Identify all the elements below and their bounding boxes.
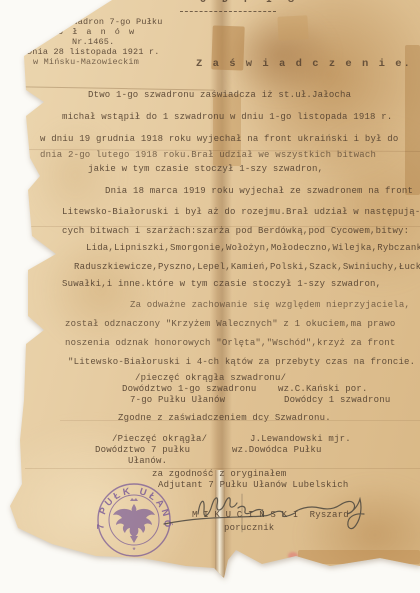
document-title: Z a ś w i a d c z e n i e.: [196, 58, 412, 70]
body-line: "Litewsko-Białoruski i 4-ch kątów za prz…: [68, 357, 415, 367]
body-line: cych bitwach i szarżach:szarża pod Berdó…: [62, 226, 409, 236]
body-line: Litewsko-Białoruski i był aż do rozejmu.…: [62, 207, 420, 217]
letterhead-unit: 1-szy szwadron 7-go Pułku: [30, 17, 163, 27]
body-line: dnia 2-go lutego 1918 roku.Brał udział w…: [40, 150, 376, 160]
body-line: został odznaczony "Krzyżem Walecznych" z…: [65, 319, 395, 329]
copy-label: - O D P I S -: [178, 0, 321, 6]
body-line: jakie w tym czasie stoczył 1-szy szwadro…: [88, 164, 323, 174]
regiment-unit-line1: Dowództwo 7 pułku: [95, 445, 190, 455]
body-line: w dniu 19 grudnia 1918 roku wyjechał na …: [40, 134, 398, 144]
document-paper: - O D P I S - 1-szy szwadron 7-go Pułku …: [0, 0, 420, 593]
squadron-seal-note: /pieczęć okrągła szwadronu/: [135, 373, 286, 383]
document-paper-wrap: - O D P I S - 1-szy szwadron 7-go Pułku …: [0, 0, 420, 593]
squadron-signer-role: Dowódcy 1 szwadronu: [284, 395, 390, 405]
regiment-signer-role: wz.Dowódca Pułku: [232, 445, 322, 455]
letterhead-ulanow: U ł a n ó w: [58, 27, 136, 37]
body-line: noszenia odznak honorowych "Orlęta","Wsc…: [65, 338, 395, 348]
letterhead-number: Nr.1465.: [72, 37, 114, 47]
letterhead-place: w Mińsku-Mazowieckim: [33, 57, 139, 67]
squadron-signer: wz.C.Kański por.: [278, 384, 368, 394]
letterhead-date: Dnia 28 listopada 1921 r.: [27, 47, 160, 57]
copy-label-underline: [180, 11, 276, 12]
body-line: Za odważne zachowanie się względem niepr…: [130, 300, 410, 310]
squadron-unit-line2: 7-go Pułku Ułanów: [130, 395, 225, 405]
body-line: Dtwo 1-go szwadronu zaświadcza iż st.uł.…: [88, 90, 351, 100]
body-line: michał wstąpił do 1 szwadronu w dniu 1-g…: [62, 112, 392, 122]
regiment-signer: J.Lewandowski mjr.: [250, 434, 351, 444]
body-line-battles: Lida,Lipniszki,Smorgonie,Wołożyn,Mołodec…: [86, 243, 420, 253]
handwritten-signature: [150, 478, 410, 548]
regiment-seal-note: /Pieczęć okrągła/: [112, 434, 207, 444]
conformity-note: Zgodne z zaświadczeniem dcy Szwadronu.: [118, 413, 331, 423]
body-line: Dnia 18 marca 1919 roku wyjechał ze szwa…: [105, 186, 413, 196]
squadron-unit-line1: Dowództwo 1-go szwadronu: [122, 384, 256, 394]
body-line-battles: Suwałki,i inne.które w tym czasie stoczy…: [62, 279, 381, 289]
regiment-unit-line2: Ułanów.: [128, 456, 167, 466]
body-line-battles: Raduszkiewicze,Pyszno,Lepel,Kamień,Polsk…: [74, 262, 420, 272]
polish-eagle-icon: [113, 498, 155, 543]
stamp-asterisk: *: [132, 547, 137, 556]
